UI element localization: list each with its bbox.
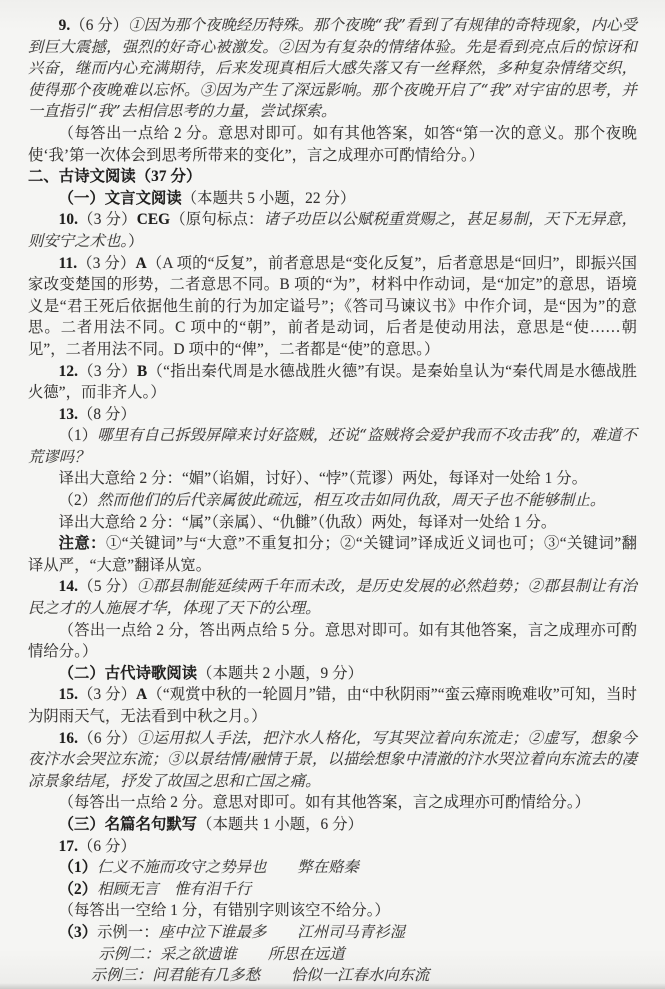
text-segment-b: 12. [59,363,78,380]
answer-17: 17.（6 分） [28,836,637,858]
text-segment-n: （1） [59,427,98,444]
text-segment-k: 相顾无言 惟有泪千行 [97,880,251,898]
text-segment-n: （3 分） [78,363,137,380]
text-segment-n: ） [128,233,143,250]
text-segment-n: 译出大意给 2 分：“媚”（谄媚，讨好）、“悖”（荒谬）两处，每译对一处给 1 … [59,470,588,487]
text-segment-k: 座中泣下谁最多 江州司马青衫湿 [159,923,405,941]
text-segment-k: 然而他们的后代亲属彼此疏远，相互攻击如同仇敌，周天子也不能够制止。 [97,491,605,509]
answer-14: 14.（5 分）①郡县制能延续两千年而未改，是历史发展的必然趋势；②郡县制让有治… [28,576,637,619]
answer-13-2-scoring: 译出大意给 2 分：“属”（亲属）、“仇雠”（仇敌）两处，每译对一处给 1 分。 [28,512,637,534]
answer-17-scoring-note: （每答出一空给 1 分，有错别字则该空不给分。） [28,900,637,922]
answer-10: 10.（3 分）CEG（原句标点：诸子功臣以公赋税重赏赐之，甚足易制，天下无异意… [28,209,637,252]
text-segment-b: （2） [59,881,98,898]
text-segment-b: （3） [59,924,98,941]
text-segment-n: ①“关键词”与“大意”不重复扣分；②“关键词”译成近义词也可；③“关键词”翻译从… [28,535,637,574]
text-segment-b: （三）名篇名句默写 [59,816,198,833]
text-segment-b: （一）文言文阅读 [59,190,182,207]
text-segment-b: 13. [59,406,78,423]
text-segment-b: （二）古代诗歌阅读 [59,665,198,682]
text-segment-b: 9. [59,17,71,34]
text-segment-b: 10. [59,211,78,228]
answer-9-scoring-note: （每答出一点给 2 分。意思对即可。如有其他答案，如答“第一次的意义。那个夜晚使… [28,123,637,166]
text-segment-n: 示例一： [97,924,159,941]
answer-12: 12.（3 分）B（“指出秦代周是水德战胜火德”有误。是秦始皇认为“秦代周是水德… [28,361,637,404]
text-segment-n: （答出一点给 2 分，答出两点给 5 分。意思对即可。如有其他答案，言之成理亦可… [28,622,637,661]
document-body: 9.（6 分）①因为那个夜晚经历特殊。那个夜晚“我”看到了有规律的奇特现象，内心… [28,15,637,987]
text-segment-b: B [137,363,147,380]
text-segment-n: （6 分） [78,730,137,747]
answer-17-3-example-3: 示例三：问君能有几多愁 恰似一江春水向东流 [91,965,637,987]
text-segment-b: 15. [59,686,78,703]
answer-17-2: （2）相顾无言 惟有泪千行 [28,879,637,901]
answer-16: 16.（6 分）①运用拟人手法，把汴水人格化，写其哭泣着向东流走；②虚写，想象今… [28,728,637,793]
answer-13-1: （1）哪里有自己拆毁屏障来讨好盗贼，还说“盗贼将会爱护我而不攻击我”的，难道不荒… [28,425,637,468]
scanned-answer-page: 9.（6 分）①因为那个夜晚经历特殊。那个夜晚“我”看到了有规律的奇特现象，内心… [0,0,665,989]
answer-9: 9.（6 分）①因为那个夜晚经历特殊。那个夜晚“我”看到了有规律的奇特现象，内心… [28,15,637,123]
text-segment-b: A [136,255,147,272]
text-segment-n: （2） [59,492,98,509]
text-segment-n: （原句标点： [170,211,264,228]
text-segment-b: 注意： [59,535,106,552]
text-segment-b: 二、古诗文阅读（37 分） [28,168,201,185]
text-segment-k: 仁义不施而攻守之势异也 弊在赂秦 [97,858,359,876]
answer-15: 15.（3 分）A（“观赏中秋的一轮圆月”错，由“中秋阴雨”“蛮云瘴雨晚难收”可… [28,684,637,727]
text-segment-n: （每答出一点给 2 分。意思对即可。如有其他答案，如答“第一次的意义。那个夜晚使… [28,125,637,164]
text-segment-n: （5 分） [78,578,137,595]
text-segment-n: （6 分） [70,17,128,34]
text-segment-n: （每答出一空给 1 分，有错别字则该空不给分。） [59,902,390,919]
text-segment-k: 示例三：问君能有几多愁 恰似一江春水向东流 [91,966,430,984]
text-segment-b: CEG [137,211,170,228]
text-segment-n: （6 分） [78,838,136,855]
text-segment-n: （8 分） [78,406,136,423]
text-segment-n: （本题共 5 小题，22 分） [182,190,356,207]
answer-16-scoring-note: （每答出一点给 2 分。意思对即可。如有其他答案，言之成理亦可酌情给分。） [28,792,637,814]
answer-13-note: 注意：①“关键词”与“大意”不重复扣分；②“关键词”译成近义词也可；③“关键词”… [28,533,637,576]
text-segment-k: 哪里有自己拆毁屏障来讨好盗贼，还说“盗贼将会爱护我而不攻击我”的，难道不荒谬吗？ [28,426,637,466]
text-segment-n: （3 分） [78,686,136,703]
text-segment-b: （1） [59,859,98,876]
section-heading-2: 二、古诗文阅读（37 分） [28,166,637,188]
answer-17-3-example-2: 示例二：采之欲遗谁 所思在远道 [98,944,637,966]
text-segment-n: 译出大意给 2 分：“属”（亲属）、“仇雠”（仇敌）两处，每译对一处给 1 分。 [59,514,557,531]
answer-17-1: （1）仁义不施而攻守之势异也 弊在赂秦 [28,857,637,879]
answer-17-3-example-1: （3）示例一：座中泣下谁最多 江州司马青衫湿 [28,922,637,944]
text-segment-b: 11. [59,255,78,272]
text-segment-n: （本题共 2 小题，9 分） [197,665,363,682]
text-segment-b: 17. [59,838,78,855]
answer-11: 11.（3 分）A（A 项的“反复”，前者意思是“变化反复”，后者意思是“回归”… [28,253,637,361]
text-segment-b: A [136,686,147,703]
text-segment-n: （本题共 1 小题，6 分） [197,816,363,833]
text-segment-n: （每答出一点给 2 分。意思对即可。如有其他答案，言之成理亦可酌情给分。） [59,794,590,811]
answer-13: 13.（8 分） [28,404,637,426]
subsection-heading-1: （一）文言文阅读（本题共 5 小题，22 分） [28,188,637,210]
text-segment-n: （3 分） [78,211,137,228]
answer-13-2: （2）然而他们的后代亲属彼此疏远，相互攻击如同仇敌，周天子也不能够制止。 [28,490,637,512]
text-segment-b: 16. [59,730,78,747]
subsection-heading-2: （二）古代诗歌阅读（本题共 2 小题，9 分） [28,663,637,685]
answer-13-1-scoring: 译出大意给 2 分：“媚”（谄媚，讨好）、“悖”（荒谬）两处，每译对一处给 1 … [28,468,637,490]
text-segment-n: （3 分） [77,255,135,272]
subsection-heading-3: （三）名篇名句默写（本题共 1 小题，6 分） [28,814,637,836]
text-segment-b: 14. [59,578,78,595]
text-segment-k: 示例二：采之欲遗谁 所思在远道 [98,945,344,963]
answer-14-scoring-note: （答出一点给 2 分，答出两点给 5 分。意思对即可。如有其他答案，言之成理亦可… [28,620,637,663]
